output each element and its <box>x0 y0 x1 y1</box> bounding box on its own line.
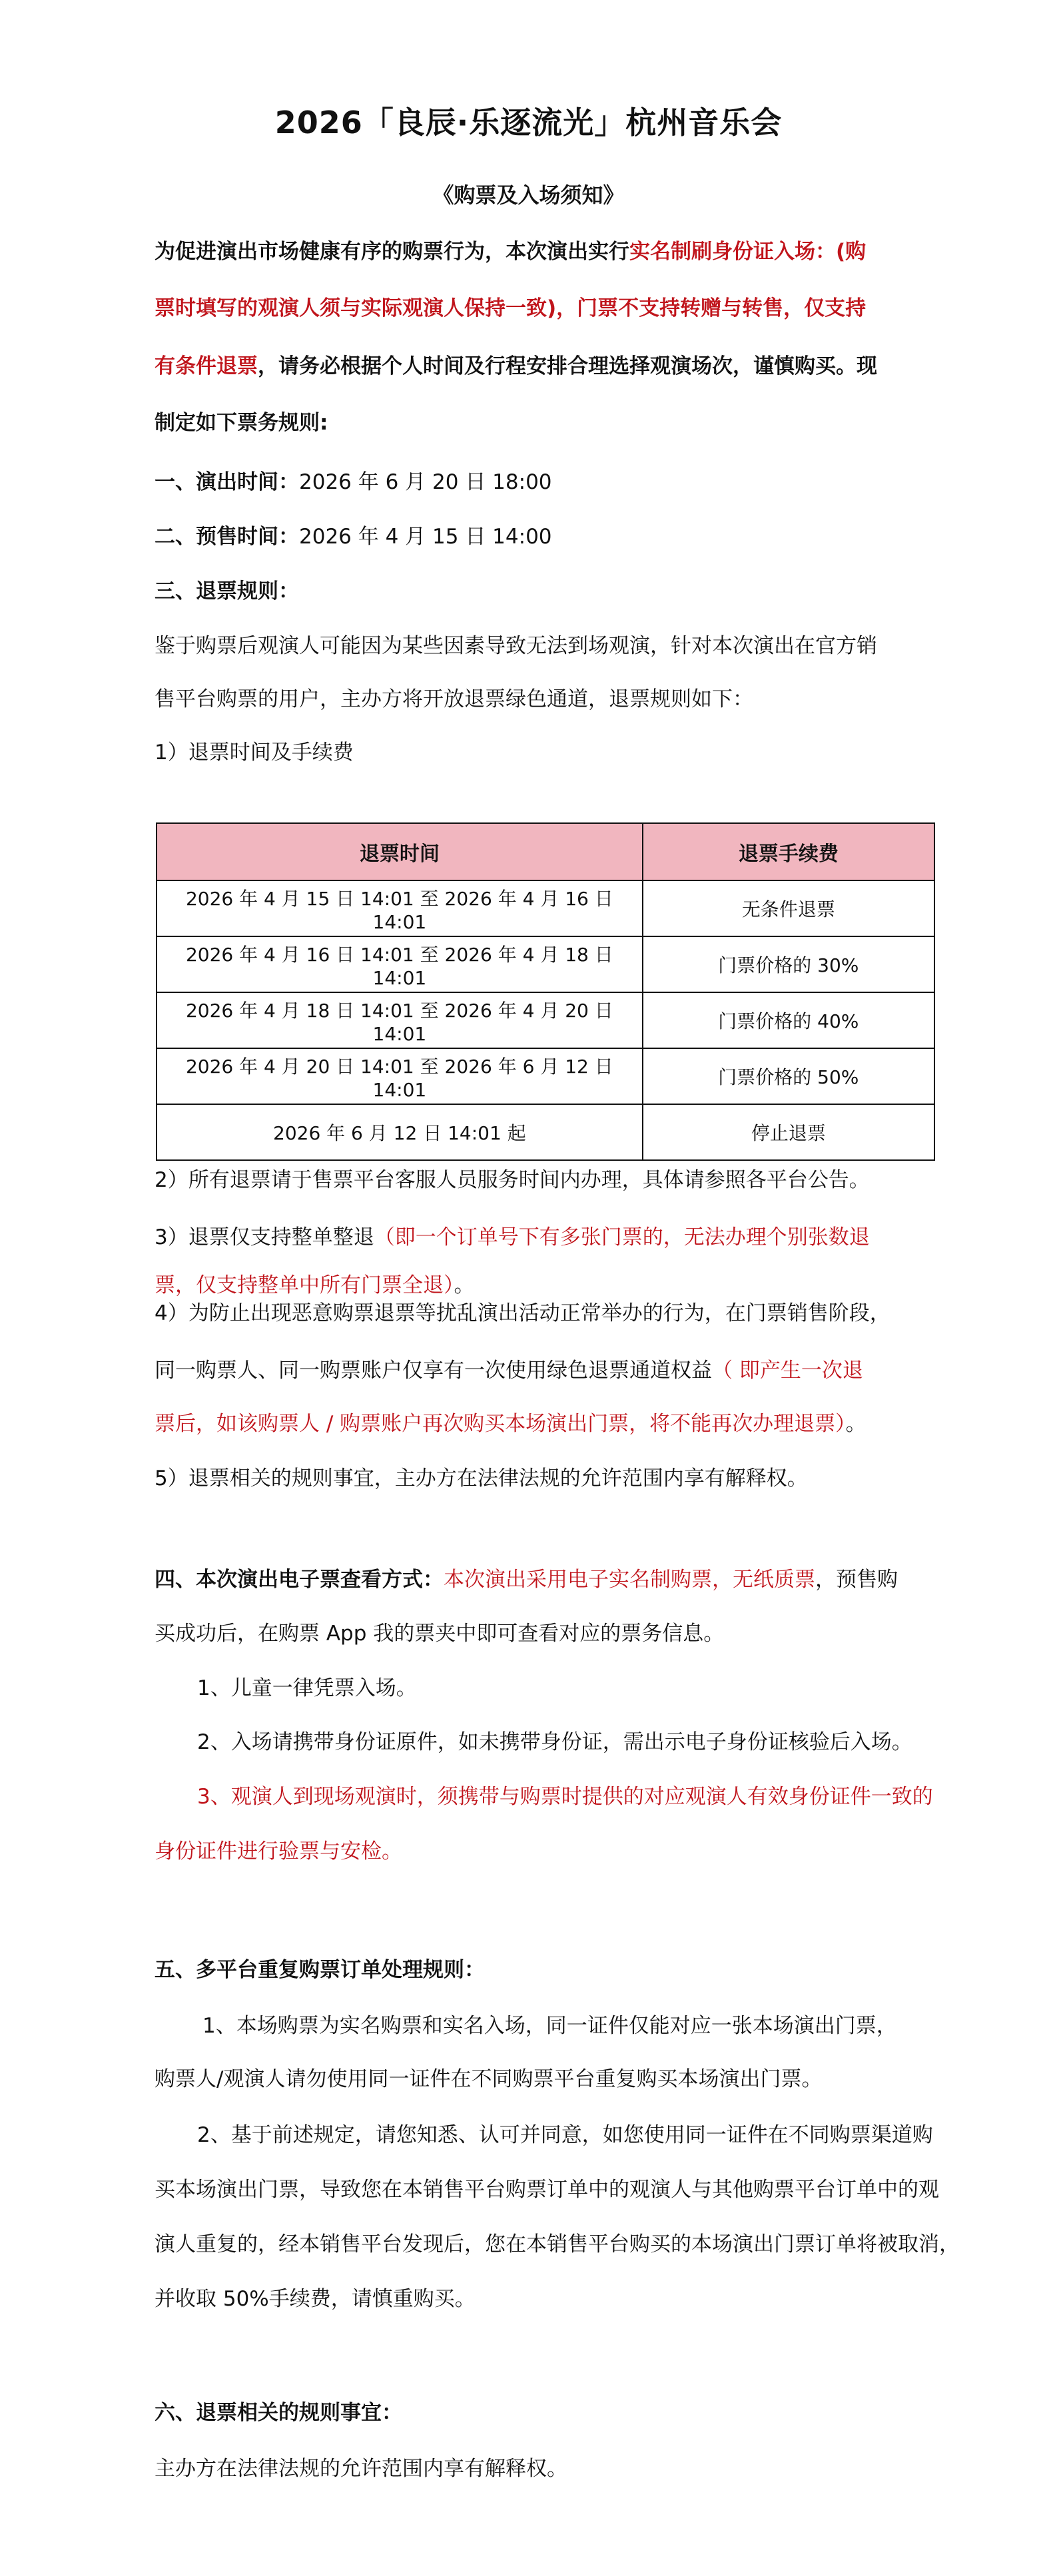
refund-rule-4-cont-2: 票后，如该购票人 / 购票账户再次购买本场演出门票，将不能再次办理退票）。 <box>155 1411 914 1437</box>
section-multi-platform-heading: 五、多平台重复购票订单处理规则： <box>155 1957 914 1983</box>
refund-interpretation-body: 主办方在法律法规的允许范围内享有解释权。 <box>155 2455 914 2482</box>
section-refund-heading: 三、退票规则： <box>155 578 914 605</box>
refund-intro-line-2: 售平台购票的用户，主办方将开放退票绿色通道，退票规则如下： <box>155 686 914 713</box>
refund-period: 2026 年 4 月 18 日 14:01 至 2026 年 4 月 20 日 … <box>157 992 643 1048</box>
eticket-item-3-cont: 身份证件进行验票与安检。 <box>155 1838 914 1865</box>
refund-rule-5: 5）退票相关的规则事宜，主办方在法律法规的允许范围内享有解释权。 <box>155 1465 914 1492</box>
section-label: 二、预售时间： <box>155 525 299 549</box>
multi-platform-p1-line-2: 购票人/观演人请勿使用同一证件在不同购票平台重复购买本场演出门票。 <box>155 2066 914 2093</box>
refund-rule-3: 3）退票仅支持整单整退（即一个订单号下有多张门票的，无法办理个别张数退 <box>155 1224 914 1251</box>
page-subtitle: 《购票及入场须知》 <box>0 178 1057 209</box>
refund-rule-2: 2）所有退票请于售票平台客服人员服务时间内办理，具体请参照各平台公告。 <box>155 1167 914 1193</box>
column-header-refund-time: 退票时间 <box>157 823 643 880</box>
refund-rule-4-cont: 同一购票人、同一购票账户仅享有一次使用绿色退票通道权益（ 即产生一次退 <box>155 1357 914 1384</box>
table-row: 2026 年 4 月 16 日 14:01 至 2026 年 4 月 18 日 … <box>157 936 934 992</box>
refund-rule-3-cont: 票，仅支持整单中所有门票全退）。 <box>155 1272 914 1299</box>
page-title: 2026「良辰·乐逐流光」杭州音乐会 <box>0 99 1057 143</box>
intro-highlight: 有条件退票 <box>155 354 258 378</box>
refund-fee: 门票价格的 50% <box>643 1048 934 1104</box>
refund-fee: 门票价格的 40% <box>643 992 934 1048</box>
section-text: ，预售购 <box>815 1568 898 1592</box>
eticket-item-3: 3、观演人到现场观演时，须携带与购票时提供的对应观演人有效身份证件一致的 <box>197 1783 956 1810</box>
refund-intro-line-1: 鉴于购票后观演人可能因为某些因素导致无法到场观演，针对本次演出在官方销 <box>155 633 914 659</box>
table-row: 2026 年 4 月 18 日 14:01 至 2026 年 4 月 20 日 … <box>157 992 934 1048</box>
section-performance-time: 一、演出时间：2026 年 6 月 20 日 18:00 <box>155 469 914 495</box>
rule-highlight: （即一个订单号下有多张门票的，无法办理个别张数退 <box>374 1225 870 1249</box>
intro-line-1: 为促进演出市场健康有序的购票行为，本次演出实行实名制刷身份证入场：(购 <box>155 238 914 265</box>
rule-text: 3）退票仅支持整单整退 <box>155 1225 374 1249</box>
refund-rule-4: 4）为防止出现恶意购票退票等扰乱演出活动正常举办的行为，在门票销售阶段， <box>155 1300 914 1327</box>
table-row: 2026 年 6 月 12 日 14:01 起 停止退票 <box>157 1104 934 1160</box>
refund-period: 2026 年 6 月 12 日 14:01 起 <box>157 1104 643 1160</box>
intro-line-2: 票时填写的观演人须与实际观演人保持一致)，门票不支持转赠与转售，仅支持 <box>155 295 914 322</box>
table-row: 2026 年 4 月 15 日 14:01 至 2026 年 4 月 16 日 … <box>157 880 934 936</box>
multi-platform-p2-line-1: 2、基于前述规定，请您知悉、认可并同意，如您使用同一证件在不同购票渠道购 <box>197 2122 956 2148</box>
table-row: 2026 年 4 月 20 日 14:01 至 2026 年 6 月 12 日 … <box>157 1048 934 1104</box>
section-value: 2026 年 6 月 20 日 18:00 <box>299 470 552 494</box>
refund-period: 2026 年 4 月 20 日 14:01 至 2026 年 6 月 12 日 … <box>157 1048 643 1104</box>
eticket-line-2: 买成功后，在购票 App 我的票夹中即可查看对应的票务信息。 <box>155 1620 914 1647</box>
section-eticket: 四、本次演出电子票查看方式：本次演出采用电子实名制购票，无纸质票，预售购 <box>155 1566 914 1593</box>
section-label: 一、演出时间： <box>155 470 299 494</box>
intro-line-4: 制定如下票务规则: <box>155 410 914 436</box>
refund-fee: 无条件退票 <box>643 880 934 936</box>
section-label: 四、本次演出电子票查看方式： <box>155 1568 444 1592</box>
section-highlight: 本次演出采用电子实名制购票，无纸质票 <box>444 1568 815 1592</box>
eticket-item-1: 1、儿童一律凭票入场。 <box>197 1675 956 1702</box>
rule-text: 。 <box>846 1412 867 1436</box>
intro-line-3: 有条件退票，请务必根据个人时间及行程安排合理选择观演场次，谨慎购买。现 <box>155 353 914 380</box>
refund-sub-heading: 1）退票时间及手续费 <box>155 739 914 766</box>
section-presale-time: 二、预售时间：2026 年 4 月 15 日 14:00 <box>155 523 914 550</box>
refund-fee: 门票价格的 30% <box>643 936 934 992</box>
multi-platform-p1-line-1: 1、本场购票为实名购票和实名入场，同一证件仅能对应一张本场演出门票， <box>202 2013 962 2039</box>
section-refund-interpretation-heading: 六、退票相关的规则事宜： <box>155 2400 914 2426</box>
multi-platform-p2-line-2: 买本场演出门票，导致您在本销售平台购票订单中的观演人与其他购票平台订单中的观 <box>155 2176 914 2203</box>
refund-fee: 停止退票 <box>643 1104 934 1160</box>
refund-fee-table: 退票时间 退票手续费 2026 年 4 月 15 日 14:01 至 2026 … <box>156 822 935 1161</box>
refund-period: 2026 年 4 月 16 日 14:01 至 2026 年 4 月 18 日 … <box>157 936 643 992</box>
intro-text: ，请务必根据个人时间及行程安排合理选择观演场次，谨慎购买。现 <box>258 354 877 378</box>
refund-period: 2026 年 4 月 15 日 14:01 至 2026 年 4 月 16 日 … <box>157 880 643 936</box>
rule-highlight: （ 即产生一次退 <box>712 1359 863 1383</box>
rule-highlight: 票后，如该购票人 / 购票账户再次购买本场演出门票，将不能再次办理退票） <box>155 1412 846 1436</box>
rule-text: 。 <box>454 1273 475 1297</box>
rule-highlight: 票，仅支持整单中所有门票全退） <box>155 1273 454 1297</box>
multi-platform-p2-line-3: 演人重复的，经本销售平台发现后，您在本销售平台购买的本场演出门票订单将被取消， <box>155 2231 914 2258</box>
column-header-refund-fee: 退票手续费 <box>643 823 934 880</box>
table-header-row: 退票时间 退票手续费 <box>157 823 934 880</box>
section-value: 2026 年 4 月 15 日 14:00 <box>299 525 552 549</box>
rule-text: 同一购票人、同一购票账户仅享有一次使用绿色退票通道权益 <box>155 1359 712 1383</box>
intro-text: 为促进演出市场健康有序的购票行为，本次演出实行 <box>155 240 629 264</box>
eticket-item-2: 2、入场请携带身份证原件，如未携带身份证，需出示电子身份证核验后入场。 <box>197 1729 956 1756</box>
intro-highlight: 实名制刷身份证入场：(购 <box>629 240 866 264</box>
multi-platform-p2-line-4: 并收取 50%手续费，请慎重购买。 <box>155 2286 914 2312</box>
